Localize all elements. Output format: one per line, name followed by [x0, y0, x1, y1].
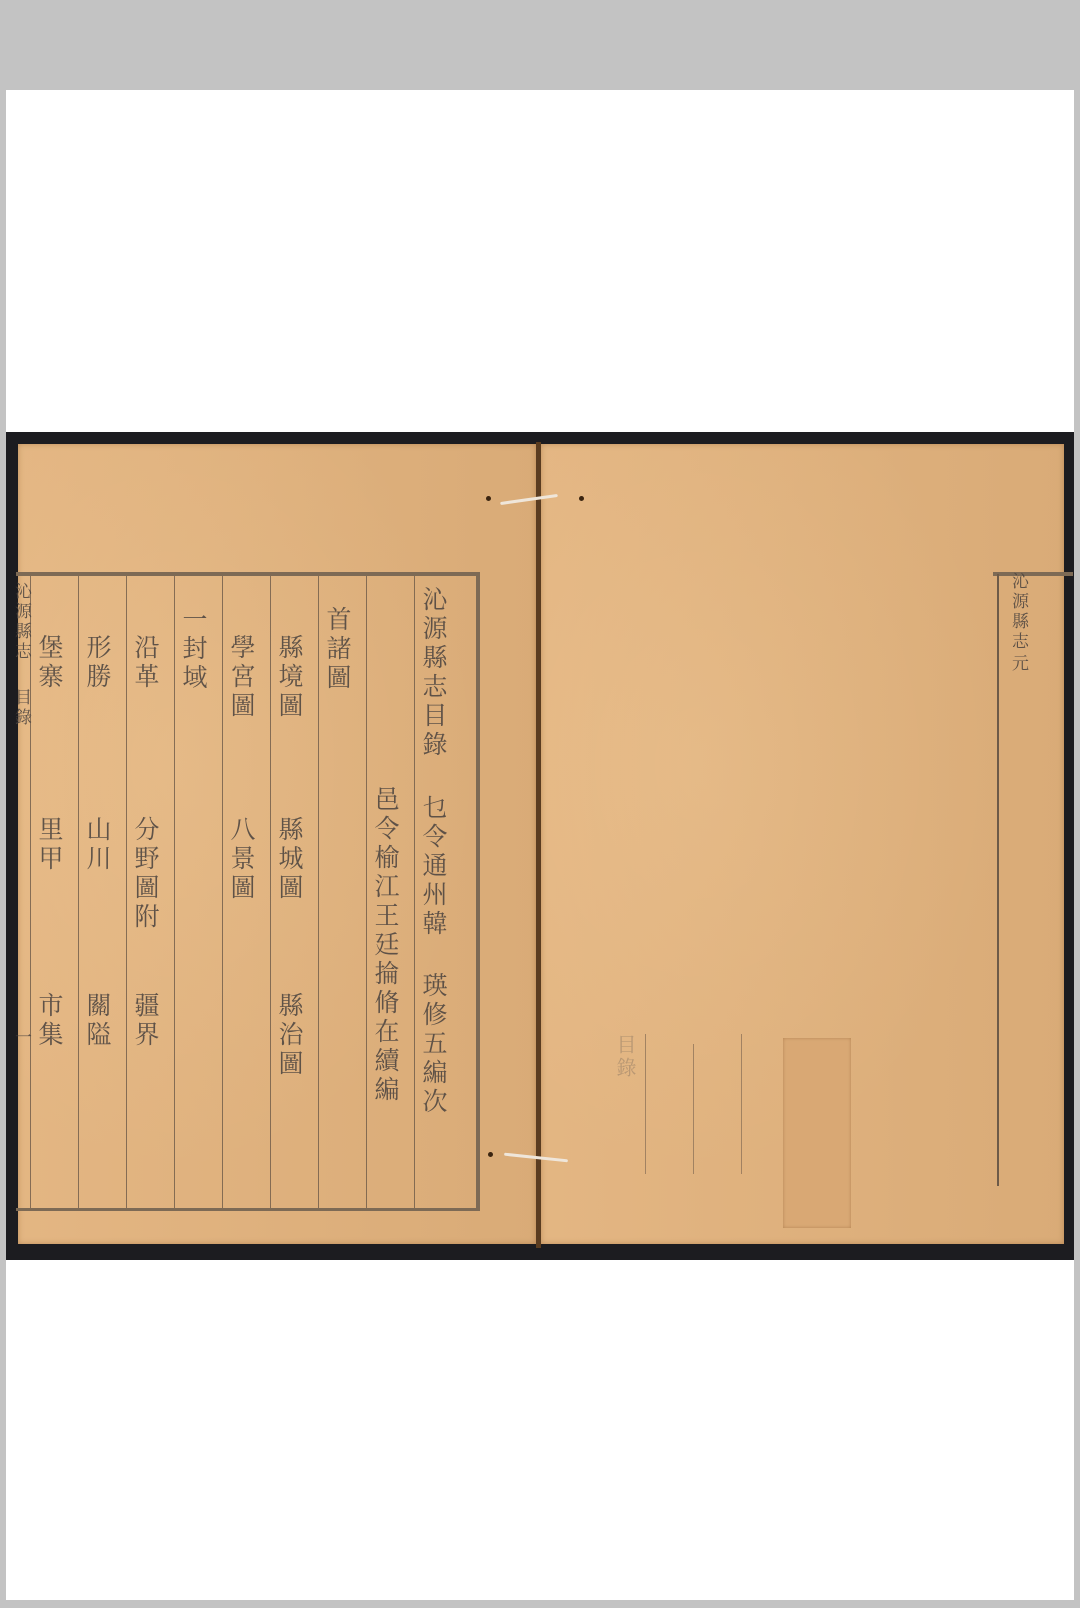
column-rule	[997, 574, 999, 1186]
column-rule	[318, 576, 319, 1208]
column-rule	[270, 576, 271, 1208]
toc-item: 沿革	[133, 634, 158, 692]
toc-item: 學宮圖	[229, 634, 254, 721]
column-rule	[30, 576, 31, 1208]
toc-item: 里甲	[37, 816, 62, 874]
paper-repair-patch	[783, 1038, 851, 1228]
toc-item: 山川	[85, 816, 110, 874]
toc-item: 關隘	[85, 992, 110, 1050]
printed-frame	[993, 572, 1073, 576]
margin-title: 沁源縣志	[12, 582, 29, 662]
section-heading: 一封域	[181, 606, 206, 693]
toc-item: 疆界	[133, 992, 158, 1050]
margin-section: 目錄	[12, 688, 29, 728]
binding-hole	[488, 1152, 493, 1157]
column-rule	[126, 576, 127, 1208]
column-rule	[414, 576, 415, 1208]
column-rule	[222, 576, 223, 1208]
bleed-through-text: 目錄	[611, 1034, 640, 1080]
column-rule	[366, 576, 367, 1208]
toc-item: 形勝	[85, 634, 110, 692]
margin-page-number: 一	[12, 1028, 29, 1048]
toc-item: 堡寨	[37, 634, 62, 692]
scanned-book-spread: 沁源縣志目錄 乜令通州韓 瑛修五編次 邑令榆江王廷掄脩在續編 首諸圖 縣境圖 縣…	[6, 432, 1074, 1260]
faint-rule	[693, 1044, 694, 1174]
toc-item: 分野圖附	[133, 816, 158, 932]
column-rule	[174, 576, 175, 1208]
compiler-line-1: 乜令通州韓 瑛修五編次	[421, 794, 446, 1117]
binding-hole	[579, 496, 584, 501]
toc-item: 縣境圖	[277, 634, 302, 721]
toc-item: 市集	[37, 992, 62, 1050]
toc-item: 縣城圖	[277, 816, 302, 903]
toc-title: 沁源縣志目錄	[421, 586, 446, 760]
left-page: 沁源縣志目錄 乜令通州韓 瑛修五編次 邑令榆江王廷掄脩在續編 首諸圖 縣境圖 縣…	[18, 444, 536, 1244]
compiler-line-2: 邑令榆江王廷掄脩在續編	[373, 786, 398, 1105]
column-rule	[78, 576, 79, 1208]
margin-title: 沁源縣志	[1009, 572, 1026, 652]
right-page: 沁源縣志 元 目錄	[541, 444, 1064, 1244]
margin-volume: 元	[1009, 654, 1026, 674]
section-heading: 首諸圖	[325, 606, 350, 693]
binding-hole	[486, 496, 491, 501]
faint-rule	[741, 1034, 742, 1174]
faint-rule	[645, 1034, 646, 1174]
printed-frame: 沁源縣志目錄 乜令通州韓 瑛修五編次 邑令榆江王廷掄脩在續編 首諸圖 縣境圖 縣…	[16, 572, 480, 1211]
toc-item: 縣治圖	[277, 992, 302, 1079]
toc-item: 八景圖	[229, 816, 254, 903]
